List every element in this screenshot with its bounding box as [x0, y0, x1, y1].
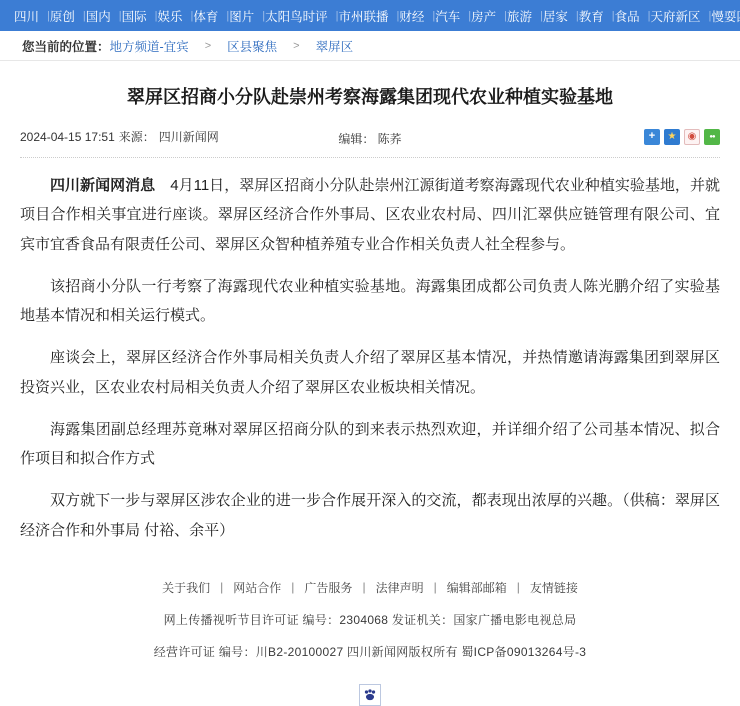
nav-item: 财经 |: [399, 7, 435, 25]
editor-info: 编辑： 陈荞: [338, 130, 401, 147]
paw-icon: [363, 688, 377, 702]
share-weibo-icon[interactable]: ◉: [684, 129, 700, 145]
editor-label: 编辑：: [338, 132, 374, 146]
nav-link[interactable]: 国际: [122, 7, 147, 25]
nav-item: 图片 |: [229, 7, 265, 25]
article-container: 翠屏区招商小分队赴崇州考察海露集团现代农业种植实验基地 2024-04-15 1…: [0, 85, 740, 545]
nav-link[interactable]: 房产: [471, 7, 496, 25]
share-glyph: ◉: [688, 132, 697, 142]
nav-link[interactable]: 体育: [193, 7, 218, 25]
footer-link[interactable]: 编辑部邮箱: [447, 579, 507, 596]
publish-date: 2024-04-15 17:51: [20, 130, 115, 144]
footer-link[interactable]: 关于我们: [162, 579, 210, 596]
footer-link-item: 关于我们 |: [162, 579, 233, 596]
nav-link[interactable]: 财经: [399, 7, 424, 25]
paragraph: 海露集团副总经理苏竟琳对翠屏区招商分队的到来表示热烈欢迎，并详细介绍了公司基本情…: [20, 415, 720, 474]
footer-link-separator: |: [291, 580, 294, 594]
share-glyph: ●●: [709, 134, 714, 140]
breadcrumb-separator-icon: >: [205, 40, 211, 52]
breadcrumb-link[interactable]: 地方频道-宜宾: [110, 37, 189, 55]
nav-item: 房产 |: [471, 7, 507, 25]
nav-link[interactable]: 旅游: [507, 7, 532, 25]
share-toolbar: + ★ ◉ ●●: [644, 129, 720, 145]
breadcrumb-item: 地方频道-宜宾 >: [110, 37, 228, 55]
nav-item: 原创 |: [50, 7, 86, 25]
nav-item: 娱乐 |: [158, 7, 194, 25]
nav-link[interactable]: 食品: [615, 7, 640, 25]
share-wechat-icon[interactable]: ●●: [704, 129, 720, 145]
source-lead-label: 四川新闻网消息: [50, 177, 155, 194]
nav-item: 教育 |: [579, 7, 615, 25]
nav-link[interactable]: 天府新区: [651, 7, 701, 25]
share-more-icon[interactable]: +: [644, 129, 660, 145]
nav-link[interactable]: 教育: [579, 7, 604, 25]
nav-item: 食品 |: [615, 7, 651, 25]
page-footer: 关于我们 | 网站合作 | 广告服务 | 法律声明 | 编辑部邮箱 |: [0, 579, 740, 706]
breadcrumb-separator-icon: >: [293, 40, 299, 52]
breadcrumb-item: 翠屏区 >: [316, 37, 354, 55]
nav-link[interactable]: 太阳鸟时评: [265, 7, 328, 25]
badge-row: [0, 684, 740, 706]
footer-link-item: 编辑部邮箱 |: [447, 579, 530, 596]
source-link[interactable]: 四川新闻网: [159, 128, 219, 145]
nav-item: 天府新区 |: [651, 7, 712, 25]
meta-left: 2024-04-15 17:51 来源： 四川新闻网: [20, 128, 219, 145]
nav-link[interactable]: 四川: [14, 7, 39, 25]
paragraph-list: 该招商小分队一行考察了海露现代农业种植实验基地。海露集团成都公司负责人陈光鹏介绍…: [20, 272, 720, 545]
article-body: 四川新闻网消息 4月11日，翠屏区招商小分队赴崇州江源街道考察海露现代农业种植实…: [20, 171, 720, 545]
business-license: 经营许可证 编号：川B2-20100027 四川新闻网版权所有 蜀ICP备090…: [0, 643, 740, 660]
nav-item: 太阳鸟时评 |: [265, 7, 338, 25]
nav-link[interactable]: 原创: [50, 7, 75, 25]
nav-link[interactable]: 汽车: [435, 7, 460, 25]
footer-link[interactable]: 广告服务: [304, 579, 352, 596]
breadcrumb: 您当前的位置： 地方频道-宜宾 > 区县聚焦 > 翠屏区 >: [0, 31, 740, 61]
breadcrumb-item: 区县聚焦 >: [227, 37, 315, 55]
nav-item: 国内 |: [86, 7, 122, 25]
footer-link-separator: |: [220, 580, 223, 594]
nav-link[interactable]: 慢耍四川: [711, 7, 740, 25]
nav-link[interactable]: 居家: [543, 7, 568, 25]
share-qzone-icon[interactable]: ★: [664, 129, 680, 145]
paragraph: 该招商小分队一行考察了海露现代农业种植实验基地。海露集团成都公司负责人陈光鹏介绍…: [20, 272, 720, 331]
footer-link-item: 法律声明 |: [376, 579, 447, 596]
top-nav-bar: 四川 | 原创 | 国内 | 国际 | 娱乐 | 体育 | 图片 |: [0, 0, 740, 31]
article-title: 翠屏区招商小分队赴崇州考察海露集团现代农业种植实验基地: [20, 85, 720, 110]
nav-item: 旅游 |: [507, 7, 543, 25]
broadcast-license: 网上传播视听节目许可证 编号：2304068 发证机关：国家广播电影电视总局: [0, 611, 740, 628]
footer-link-separator: |: [434, 580, 437, 594]
breadcrumb-trail: 地方频道-宜宾 > 区县聚焦 > 翠屏区 >: [110, 37, 354, 55]
footer-link-item: 广告服务 |: [304, 579, 375, 596]
nav-item: 四川 |: [14, 7, 50, 25]
network-security-badge[interactable]: [359, 684, 381, 706]
paragraph: 双方就下一步与翠屏区涉农企业的进一步合作展开深入的交流，都表现出浓厚的兴趣。（供…: [20, 486, 720, 545]
nav-item: 市州联播 |: [339, 7, 400, 25]
nav-item: 慢耍四川 |: [711, 7, 740, 25]
nav-link[interactable]: 娱乐: [158, 7, 183, 25]
footer-link-separator: |: [517, 580, 520, 594]
share-glyph: ★: [668, 132, 677, 142]
footer-links: 关于我们 | 网站合作 | 广告服务 | 法律声明 | 编辑部邮箱 |: [0, 579, 740, 596]
nav-item: 汽车 |: [435, 7, 471, 25]
paragraph: 座谈会上，翠屏区经济合作外事局相关负责人介绍了翠屏区基本情况，并热情邀请海露集团…: [20, 343, 720, 402]
nav-link[interactable]: 图片: [229, 7, 254, 25]
footer-link-separator: |: [362, 580, 365, 594]
footer-link-item: 友情链接 |: [530, 579, 578, 596]
nav-link[interactable]: 国内: [86, 7, 111, 25]
nav-link[interactable]: 市州联播: [339, 7, 389, 25]
nav-item: 体育 |: [193, 7, 229, 25]
nav-item: 居家 |: [543, 7, 579, 25]
share-glyph: +: [649, 131, 655, 142]
footer-link[interactable]: 网站合作: [233, 579, 281, 596]
footer-link[interactable]: 法律声明: [376, 579, 424, 596]
breadcrumb-link[interactable]: 翠屏区: [316, 37, 354, 55]
breadcrumb-label: 您当前的位置：: [22, 37, 110, 55]
footer-link[interactable]: 友情链接: [530, 579, 578, 596]
article-meta-bar: 2024-04-15 17:51 来源： 四川新闻网 编辑： 陈荞 + ★ ◉: [20, 128, 720, 158]
source-label: 来源：: [119, 128, 155, 145]
paragraph-lead: 四川新闻网消息 4月11日，翠屏区招商小分队赴崇州江源街道考察海露现代农业种植实…: [20, 171, 720, 259]
editor-name: 陈荞: [378, 132, 402, 146]
footer-link-item: 网站合作 |: [233, 579, 304, 596]
nav-item: 国际 |: [122, 7, 158, 25]
breadcrumb-link[interactable]: 区县聚焦: [227, 37, 277, 55]
